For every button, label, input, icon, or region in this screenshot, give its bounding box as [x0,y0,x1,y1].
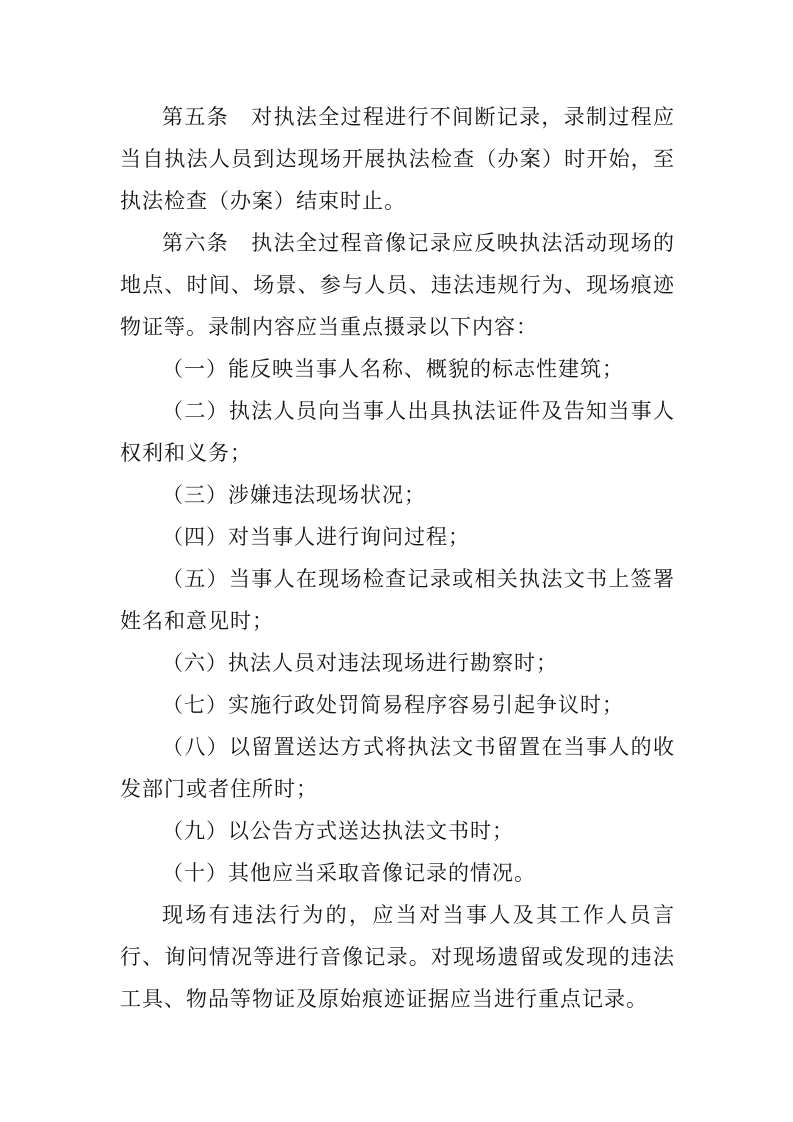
list-item-9: （九）以公告方式送达执法文书时； [120,810,675,852]
list-item-7: （七）实施行政处罚简易程序容易引起争议时； [120,684,675,726]
document-page: 第五条 对执法全过程进行不间断记录，录制过程应当自执法人员到达现场开展执法检查（… [0,0,793,1122]
paragraph-article-5: 第五条 对执法全过程进行不间断记录，录制过程应当自执法人员到达现场开展执法检查（… [120,96,675,222]
list-item-4: （四）对当事人进行询问过程； [120,516,675,558]
paragraph-article-6-lead: 第六条 执法全过程音像记录应反映执法活动现场的地点、时间、场景、参与人员、违法违… [120,222,675,348]
list-item-3: （三）涉嫌违法现场状况； [120,474,675,516]
list-item-10: （十）其他应当采取音像记录的情况。 [120,852,675,894]
list-item-5: （五）当事人在现场检查记录或相关执法文书上签署姓名和意见时； [120,558,675,642]
list-item-1: （一）能反映当事人名称、概貌的标志性建筑； [120,348,675,390]
list-item-6: （六）执法人员对违法现场进行勘察时； [120,642,675,684]
list-item-2: （二）执法人员向当事人出具执法证件及告知当事人权利和义务； [120,390,675,474]
list-item-8: （八）以留置送达方式将执法文书留置在当事人的收发部门或者住所时； [120,726,675,810]
paragraph-article-6-tail: 现场有违法行为的，应当对当事人及其工作人员言行、询问情况等进行音像记录。对现场遗… [120,894,675,1020]
document-text-block: 第五条 对执法全过程进行不间断记录，录制过程应当自执法人员到达现场开展执法检查（… [120,96,675,1020]
